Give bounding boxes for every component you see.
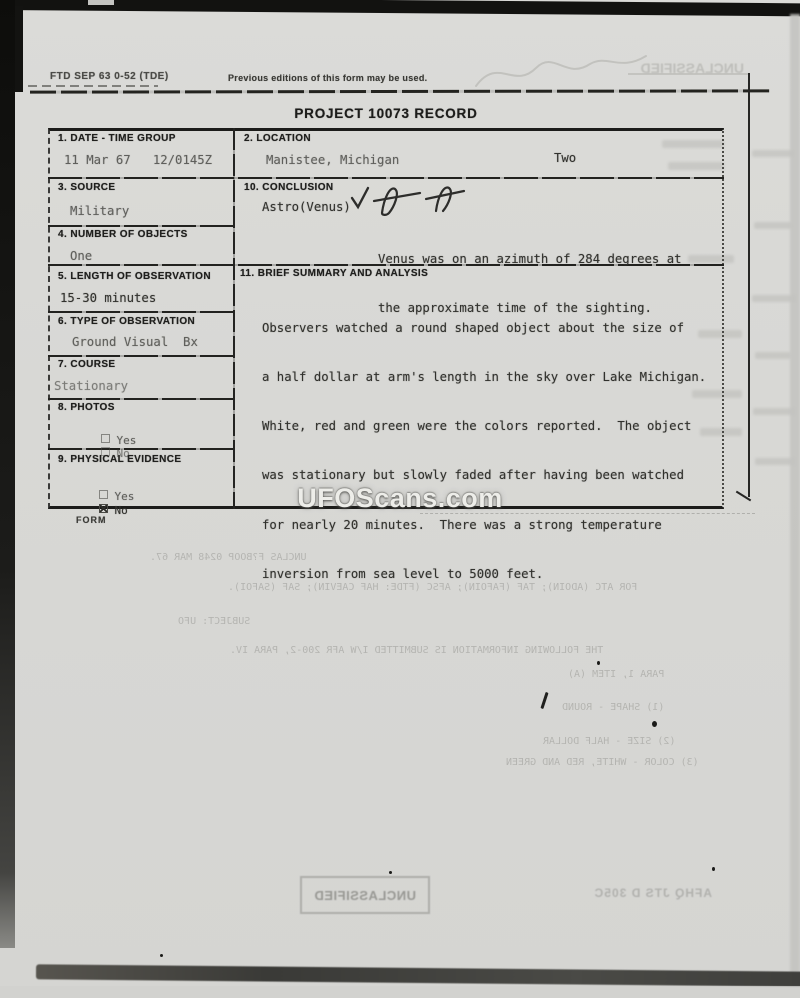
summary-line: was stationary but slowly faded after ha… [262, 467, 706, 483]
summary-line: Observers watched a round shaped object … [262, 320, 706, 336]
scan-right-edge [790, 14, 800, 976]
header-small-rule [28, 85, 158, 87]
header-rule [30, 89, 770, 93]
bleedthrough-line: (2) SIZE - HALF DOLLAR [543, 736, 675, 747]
bleedthrough-smudge [752, 150, 794, 157]
field-label-course: 7. COURSE [58, 359, 116, 370]
field-value-type-of-observation: Ground Visual Bx [72, 335, 198, 349]
scan-edge-notch [88, 0, 114, 5]
ink-speck [712, 867, 715, 871]
table-row-divider [48, 225, 233, 227]
bleedthrough-smudge [753, 408, 795, 415]
bleedthrough-smudge [754, 222, 792, 229]
page-title: PROJECT 10073 RECORD [48, 106, 724, 121]
bleedthrough-line: PARA 1, ITEM (A) [568, 669, 664, 680]
field-value-date-time-group: 11 Mar 67 12/0145Z [64, 153, 212, 167]
table-row-divider [48, 398, 233, 400]
summary-line: a half dollar at arm's length in the sky… [262, 369, 706, 385]
field-value-location: Manistee, Michigan [266, 153, 399, 167]
stamp-text: UNCLASSIFIED [314, 888, 416, 903]
scan-bottom-margin [0, 986, 800, 998]
field-value-number-of-objects: One [70, 249, 92, 263]
scan-left-edge [0, 0, 15, 948]
brief-summary-text: Observers watched a round shaped object … [262, 287, 706, 615]
field-value-conclusion: Astro(Venus) [262, 200, 351, 214]
table-column-divider [233, 128, 235, 509]
field-value-source: Military [70, 204, 129, 218]
field-label-physical-evidence: 9. PHYSICAL EVIDENCE [58, 454, 181, 465]
table-row-divider [48, 355, 233, 357]
bleedthrough-line: (3) COLOR - WHITE, RED AND GREEN [506, 757, 699, 768]
option-label: No [115, 504, 128, 517]
ink-speck [160, 954, 163, 957]
bleedthrough-unclassified-stamp: UNCLASSIFIED [300, 876, 430, 914]
field-label-brief-summary: 11. BRIEF SUMMARY AND ANALYSIS [240, 268, 428, 279]
ink-speck [597, 661, 600, 665]
bleedthrough-line: SUBJECT: UFO [178, 616, 250, 627]
scan-bottom-edge [36, 964, 800, 986]
table-row-divider [48, 177, 724, 179]
field-label-date-time-group: 1. DATE - TIME GROUP [58, 133, 176, 144]
field-label-number-of-objects: 4. NUMBER OF OBJECTS [58, 229, 188, 240]
bleedthrough-smudge [755, 352, 791, 359]
watermark: UFOScans.com [270, 483, 530, 514]
bleedthrough-line: THE FOLLOWING INFORMATION IS SUBMITTED I… [230, 645, 603, 656]
field-value-course: Stationary [54, 379, 128, 393]
scanned-document-page: UNCLASSIFIED UNCLAS F?BOOP 0248 MAR 67. … [0, 0, 800, 998]
bleedthrough-code: AFHQ JTS D 305C [572, 886, 712, 900]
field-value-length-of-observation: 15-30 minutes [60, 291, 156, 305]
ink-speck [652, 721, 657, 727]
field-label-source: 3. SOURCE [58, 182, 116, 193]
checkbox-icon [99, 504, 108, 513]
summary-line: inversion from sea level to 5000 feet. [262, 566, 706, 582]
handwritten-slash-mark [540, 692, 548, 709]
location-annotation: Two [554, 151, 576, 165]
field-label-photos: 8. PHOTOS [58, 402, 115, 413]
field-label-location: 2. LOCATION [244, 133, 311, 144]
field-label-type-of-observation: 6. TYPE OF OBSERVATION [58, 316, 195, 327]
conclusion-note-line: Venus was on an azimuth of 284 degrees a… [378, 251, 682, 267]
field-label-length-of-observation: 5. LENGTH OF OBSERVATION [58, 271, 211, 282]
bleedthrough-line: (1) SHAPE - ROUND [562, 702, 664, 713]
scan-top-edge [0, 0, 800, 16]
form-note: Previous editions of this form may be us… [228, 73, 427, 83]
bleedthrough-smudge [755, 458, 795, 465]
ink-speck [389, 871, 392, 874]
form-number: FTD SEP 63 0-52 (TDE) [50, 71, 169, 82]
field-label-conclusion: 10. CONCLUSION [244, 182, 334, 193]
form-footer-label: FORM [76, 515, 107, 525]
table-row-divider [48, 311, 233, 313]
summary-line: White, red and green were the colors rep… [262, 418, 706, 434]
handwritten-signature [348, 180, 468, 222]
page-margin-line [748, 73, 750, 497]
summary-line: for nearly 20 minutes. There was a stron… [262, 517, 706, 533]
faint-handwriting-mark [470, 46, 655, 96]
